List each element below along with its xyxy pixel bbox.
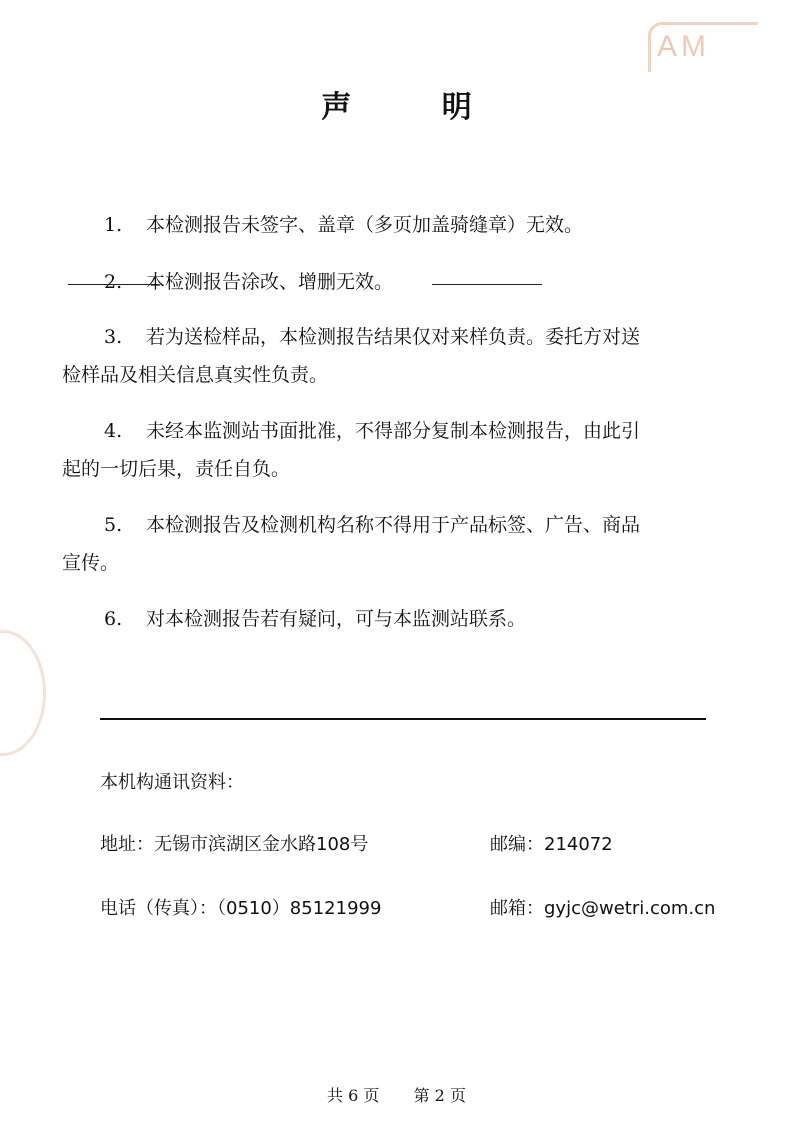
- statement-item-6: 6.对本检测报告若有疑问，可与本监测站联系。: [104, 600, 704, 638]
- item-text: 本检测报告及检测机构名称不得用于产品标签、广告、商品: [146, 514, 640, 536]
- statement-item-5: 5.本检测报告及检测机构名称不得用于产品标签、广告、商品 宣传。: [104, 506, 704, 582]
- statement-item-3: 3.若为送检样品，本检测报告结果仅对来样负责。委托方对送 检样品及相关信息真实性…: [104, 318, 704, 394]
- item-number: 4.: [104, 412, 146, 450]
- statement-item-2: 2.本检测报告涂改、增删无效。: [104, 263, 704, 301]
- item-text-continued: 检样品及相关信息真实性负责。: [62, 356, 704, 394]
- page-title: 声 明: [0, 82, 793, 126]
- contact-heading: 本机构通讯资料：: [100, 768, 244, 794]
- item-number: 5.: [104, 506, 146, 544]
- divider-rule: [100, 718, 706, 720]
- statement-item-4: 4.未经本监测站书面批准，不得部分复制本检测报告，由此引 起的一切后果，责任自负…: [104, 412, 704, 488]
- item-number: 1.: [104, 206, 146, 244]
- item-text: 本检测报告未签字、盖章（多页加盖骑缝章）无效。: [146, 214, 583, 236]
- item-number: 2.: [104, 263, 146, 301]
- total-pages: 共 6 页: [327, 1086, 379, 1105]
- item-text: 若为送检样品，本检测报告结果仅对来样负责。委托方对送: [146, 326, 640, 348]
- contact-address: 地址：无锡市滨湖区金水路108号: [100, 830, 368, 856]
- contact-phone: 电话（传真）：（0510）85121999: [100, 894, 381, 920]
- item-text: 对本检测报告若有疑问，可与本监测站联系。: [146, 608, 526, 630]
- seal-stamp-top-right: AM: [648, 22, 758, 72]
- contact-postcode: 邮编：214072: [490, 830, 613, 856]
- contact-email: 邮箱：gyjc@wetri.com.cn: [490, 894, 715, 920]
- current-page: 第 2 页: [414, 1086, 466, 1105]
- item-number: 6.: [104, 600, 146, 638]
- strike-line-right: [432, 284, 542, 285]
- item-number: 3.: [104, 318, 146, 356]
- item-text: 未经本监测站书面批准，不得部分复制本检测报告，由此引: [146, 420, 640, 442]
- item-text-continued: 起的一切后果，责任自负。: [62, 450, 704, 488]
- page-footer: 共 6 页 第 2 页: [0, 1083, 793, 1106]
- item-text: 本检测报告涂改、增删无效。: [146, 271, 393, 293]
- seal-stamp-left-edge: [0, 630, 46, 756]
- item-text-continued: 宣传。: [62, 544, 704, 582]
- statement-item-1: 1.本检测报告未签字、盖章（多页加盖骑缝章）无效。: [104, 206, 704, 244]
